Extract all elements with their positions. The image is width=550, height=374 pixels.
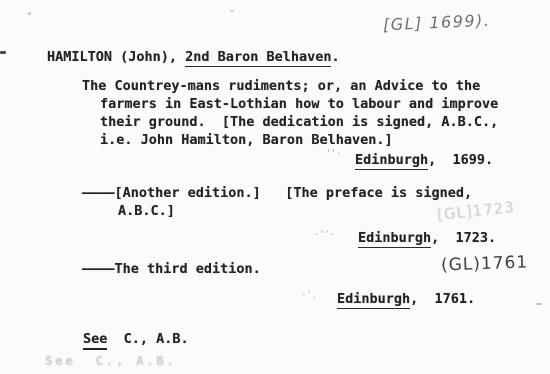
imprint-date-1723: , 1723.: [431, 230, 496, 246]
entry1-line1: The Countrey-mans rudiments; or, an Advi…: [82, 78, 480, 94]
imprint-1723: Edinburgh, 1723.: [358, 230, 496, 246]
handwritten-shelfmark-1723: [GL]1723: [436, 198, 515, 224]
imprint-place-1723: Edinburgh: [358, 230, 431, 248]
entry3-line1: ————The third edition.: [82, 261, 261, 277]
pencil-smudge-1699: ''·: [327, 147, 343, 160]
imprint-place-1699: Edinburgh: [355, 152, 428, 170]
scan-speck-left-edge: [0, 51, 6, 54]
see-label-underlined: See: [83, 331, 107, 350]
ghost-offset-impression: See C., A.B.: [45, 353, 177, 368]
author-name: HAMILTON (John),: [47, 49, 185, 65]
entry1-line3: their ground. [The dedication is signed,…: [100, 114, 498, 130]
imprint-date-1699: , 1699.: [428, 152, 493, 168]
imprint-place-1761: Edinburgh: [337, 291, 410, 309]
imprint-1761: Edinburgh, 1761.: [337, 291, 475, 307]
heading-period: .: [331, 49, 339, 65]
imprint-1699: Edinburgh, 1699.: [355, 152, 493, 168]
scan-speck-top-left: [28, 12, 31, 15]
entry1-line4: i.e. John Hamilton, Baron Belhaven.]: [100, 132, 393, 148]
scan-speck-top-middle: [230, 10, 234, 12]
see-target: C., A.B.: [107, 331, 188, 347]
scan-speck-bottom-right: [536, 303, 542, 305]
catalog-card-scan: [GL] 1699). [GL]1723 (GL)1761 HAMILTON (…: [0, 0, 550, 374]
pencil-smudge-1761: ·'.: [302, 288, 318, 301]
see-reference-line: See C., A.B.: [83, 331, 189, 347]
author-title-underlined: 2nd Baron Belhaven: [185, 49, 331, 67]
entry2-line2: A.B.C.]: [118, 203, 175, 219]
imprint-date-1761: , 1761.: [410, 291, 475, 307]
handwritten-shelfmark-1761: (GL)1761: [441, 252, 529, 275]
entry2-line1: ————[Another edition.] [The preface is s…: [82, 185, 472, 201]
entry1-line2: farmers in East-Lothian how to labour an…: [100, 96, 498, 112]
pencil-smudge-1723: ·''·: [315, 228, 336, 241]
heading-line: HAMILTON (John), 2nd Baron Belhaven.: [47, 49, 340, 65]
handwritten-shelfmark-1699: [GL] 1699).: [383, 11, 491, 35]
